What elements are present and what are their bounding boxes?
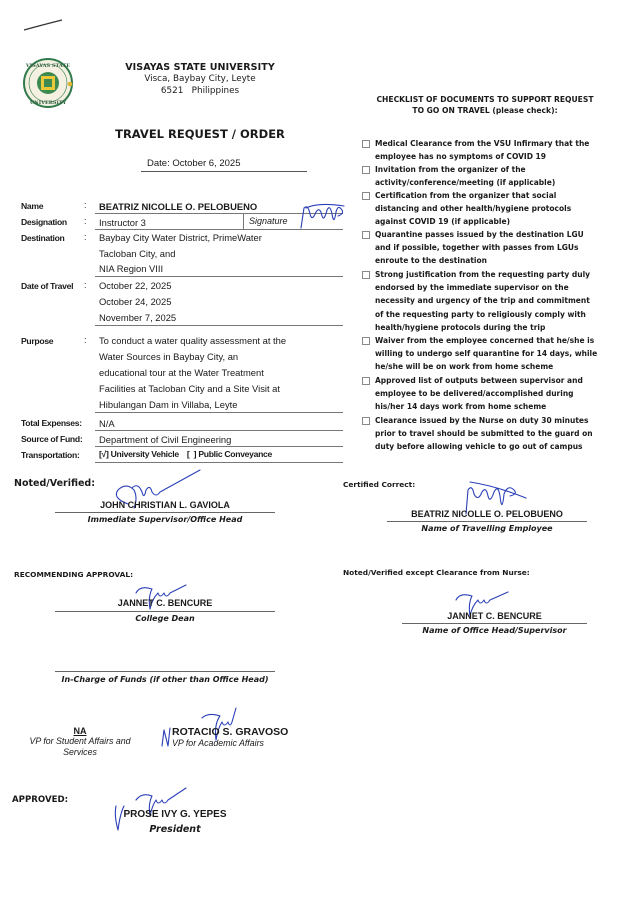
vp-student-affairs-name: NA	[14, 726, 146, 736]
name-value: BEATRIZ NICOLLE O. PELOBUENO	[95, 201, 257, 212]
purpose-field[interactable]: To conduct a water quality assessment at…	[95, 333, 343, 413]
vp-student-affairs-role-line-1: VP for Student Affairs and	[14, 736, 146, 747]
vp-student-affairs-block: NA VP for Student Affairs and Services	[14, 726, 146, 758]
checklist-text: Medical Clearance from the VSU Infirmary…	[375, 137, 627, 150]
checklist-text: Strong justification from the requesting…	[375, 268, 627, 281]
checkbox[interactable]	[362, 140, 370, 148]
destination-line-1: Baybay City Water District, PrimeWater	[95, 230, 343, 246]
purpose-line-1: To conduct a water quality assessment at…	[95, 333, 343, 349]
checkbox[interactable]	[362, 192, 370, 200]
designation-label: Designation	[21, 217, 67, 227]
noted-verified-label: Noted/Verified:	[14, 478, 95, 489]
university-seal-icon: VISAYAS STATE UNIVERSITY	[22, 57, 74, 109]
checklist-text: health/hygiene protocols during the trip	[375, 321, 627, 334]
supervisor-role: Immediate Supervisor/Office Head	[55, 515, 275, 524]
total-expenses-field[interactable]: N/A	[95, 415, 343, 431]
checklist-title-line-1: CHECKLIST OF DOCUMENTS TO SUPPORT REQUES…	[355, 94, 615, 105]
purpose-line-5: Hibulangan Dam in Villaba, Leyte	[95, 397, 343, 413]
university-header: VISAYAS STATE UNIVERSITY Visca, Baybay C…	[120, 62, 280, 97]
checklist-item-certification: Certification from the organizer that so…	[357, 189, 627, 229]
name-label: Name	[21, 201, 43, 211]
total-expenses-label: Total Expenses:	[21, 418, 82, 428]
travel-date-1: October 22, 2025	[95, 278, 343, 294]
designation-value: Instructor 3	[95, 217, 146, 228]
checklist-text: duty before allowing vehicle to go out o…	[375, 440, 627, 453]
office-head-name: JANNET C. BENCURE	[402, 611, 587, 621]
checklist-text: enroute to the destination	[375, 254, 627, 267]
travel-date-2: October 24, 2025	[95, 294, 343, 310]
purpose-colon: :	[84, 335, 87, 345]
university-vehicle-label: University Vehicle	[111, 449, 179, 459]
checkbox[interactable]	[362, 231, 370, 239]
noted-except-nurse-label: Noted/Verified except Clearance from Nur…	[343, 568, 530, 577]
university-name: VISAYAS STATE UNIVERSITY	[120, 62, 280, 73]
source-of-fund-value: Department of Civil Engineering	[95, 434, 231, 445]
checklist-text: activity/conference/meeting (if applicab…	[375, 176, 627, 189]
destination-colon: :	[84, 232, 87, 242]
checklist-item-nurse-clearance: Clearance issued by the Nurse on duty 30…	[357, 414, 627, 454]
president-role: President	[120, 824, 230, 835]
checkbox[interactable]	[362, 377, 370, 385]
source-of-fund-field[interactable]: Department of Civil Engineering	[95, 431, 343, 447]
source-of-fund-label: Source of Fund:	[21, 434, 82, 444]
transportation-field: [√] University Vehicle [ ] Public Convey…	[95, 447, 343, 463]
checklist-text: necessity and urgency of the trip and co…	[375, 294, 627, 307]
checklist-text: employee has no symptoms of COVID 19	[375, 150, 627, 163]
checkbox[interactable]	[362, 271, 370, 279]
approved-label: APPROVED:	[12, 795, 68, 805]
purpose-label: Purpose	[21, 336, 53, 346]
date-of-travel-colon: :	[84, 280, 87, 290]
signature-label: Signature	[243, 214, 288, 229]
checklist-item-waiver: Waiver from the employee concerned that …	[357, 334, 627, 374]
checklist-text: and if possible, together with passes fr…	[375, 241, 627, 254]
checklist-item-justification: Strong justification from the requesting…	[357, 268, 627, 334]
pen-stroke-mark	[22, 18, 64, 32]
traveller-signature-line	[387, 521, 587, 522]
destination-field[interactable]: Baybay City Water District, PrimeWater T…	[95, 230, 343, 276]
purpose-line-3: educational tour at the Water Treatment	[95, 365, 343, 381]
dean-role: College Dean	[55, 614, 275, 623]
destination-label: Destination	[21, 233, 65, 243]
supervisor-name: JOHN CHRISTIAN L. GAVIOLA	[55, 500, 275, 510]
checklist-text: his/her 14 days work from home scheme	[375, 400, 627, 413]
checklist-text: Approved list of outputs between supervi…	[375, 374, 627, 387]
checklist-text: Quarantine passes issued by the destinat…	[375, 228, 627, 241]
vp-academic-affairs-name: ROTACIO S. GRAVOSO	[172, 726, 288, 738]
checklist-title: CHECKLIST OF DOCUMENTS TO SUPPORT REQUES…	[355, 94, 615, 116]
funds-signature-line	[55, 671, 275, 672]
purpose-line-2: Water Sources in Baybay City, an	[95, 349, 343, 365]
vp-academic-affairs-block: ROTACIO S. GRAVOSO VP for Academic Affai…	[172, 726, 288, 749]
date-of-travel-field[interactable]: October 22, 2025 October 24, 2025 Novemb…	[95, 278, 343, 326]
designation-colon: :	[84, 216, 87, 226]
purpose-line-4: Facilities at Tacloban City and a Site V…	[95, 381, 343, 397]
checklist-text: of the requesting party to religiously c…	[375, 308, 627, 321]
funds-role: In-Charge of Funds (if other than Office…	[55, 675, 275, 684]
destination-line-3: NIA Region VIII	[95, 261, 343, 277]
traveller-role: Name of Travelling Employee	[387, 524, 587, 533]
checklist-item-invitation: Invitation from the organizer of the act…	[357, 163, 627, 189]
checkbox[interactable]	[362, 166, 370, 174]
checklist-text: distancing and other health/hygiene prot…	[375, 202, 627, 215]
certified-correct-label: Certified Correct:	[343, 480, 415, 489]
travel-date-3: November 7, 2025	[95, 310, 343, 326]
checklist-text: against COVID 19 (if applicable)	[375, 215, 627, 228]
university-vehicle-checkbox[interactable]: [√]	[95, 449, 109, 459]
destination-line-2: Tacloban City, and	[95, 246, 343, 262]
address-line-1: Visca, Baybay City, Leyte	[120, 73, 280, 85]
checklist-item-quarantine-passes: Quarantine passes issued by the destinat…	[357, 228, 627, 268]
address-line-2: 6521 Philippines	[120, 85, 280, 97]
checklist-title-line-2: TO GO ON TRAVEL (please check):	[355, 105, 615, 116]
checklist-text: employee to be delivered/accomplished du…	[375, 387, 627, 400]
checklist-text: willing to undergo self quarantine for 1…	[375, 347, 627, 360]
office-head-signature-line	[402, 623, 587, 624]
checklist-text: endorsed by the immediate supervisor on …	[375, 281, 627, 294]
president-name: PROSE IVY G. YEPES	[120, 809, 230, 820]
transportation-label: Transportation:	[21, 450, 80, 460]
recommending-approval-label: RECOMMENDING APPROVAL:	[14, 570, 133, 579]
svg-text:UNIVERSITY: UNIVERSITY	[30, 100, 67, 106]
page-title: TRAVEL REQUEST / ORDER	[110, 127, 290, 141]
date-of-travel-label: Date of Travel	[21, 281, 73, 291]
dean-signature-line	[55, 611, 275, 612]
checklist-text: Invitation from the organizer of the	[375, 163, 627, 176]
checklist-text: he/she will be on work from home scheme	[375, 360, 627, 373]
checklist-text: Clearance issued by the Nurse on duty 30…	[375, 414, 627, 427]
checklist-item-medical-clearance: Medical Clearance from the VSU Infirmary…	[357, 137, 627, 163]
request-date: Date: October 6, 2025	[141, 158, 307, 172]
checklist-text: prior to travel should be submitted to t…	[375, 427, 627, 440]
checkbox[interactable]	[362, 337, 370, 345]
checklist-text: Certification from the organizer that so…	[375, 189, 627, 202]
public-conveyance-checkbox[interactable]: [ ]	[181, 449, 196, 459]
vp-student-affairs-role-line-2: Services	[14, 747, 146, 758]
checklist-text: Waiver from the employee concerned that …	[375, 334, 627, 347]
dean-name: JANNET C. BENCURE	[55, 598, 275, 608]
traveller-name: BEATRIZ NICOLLE O. PELOBUENO	[387, 509, 587, 519]
vp-academic-affairs-role: VP for Academic Affairs	[172, 738, 288, 749]
signature-ink-icon	[298, 202, 346, 230]
supervisor-signature-line	[55, 512, 275, 513]
checkbox[interactable]	[362, 417, 370, 425]
total-expenses-value: N/A	[95, 418, 115, 429]
public-conveyance-label: Public Conveyance	[198, 449, 272, 459]
office-head-role: Name of Office Head/Supervisor	[402, 626, 587, 635]
svg-text:VISAYAS STATE: VISAYAS STATE	[25, 63, 70, 69]
name-colon: :	[84, 200, 87, 210]
checklist-item-approved-outputs: Approved list of outputs between supervi…	[357, 374, 627, 414]
